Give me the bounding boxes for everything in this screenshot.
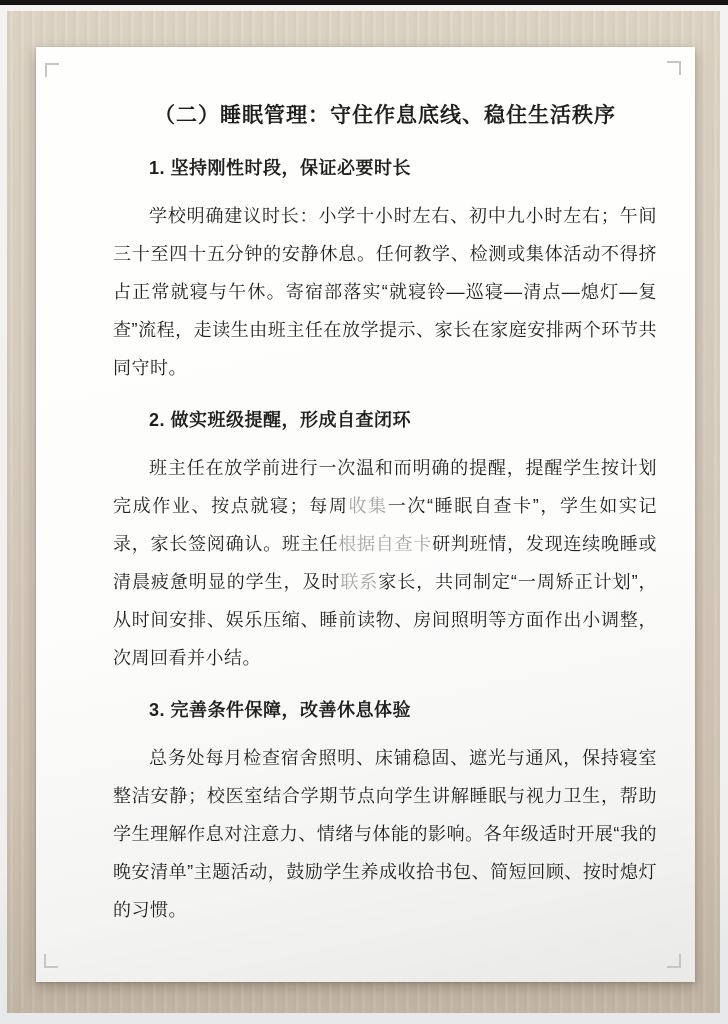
faded-text: 根据自查卡 <box>338 534 432 554</box>
crop-mark-bottom-left <box>44 954 58 968</box>
document-title: （二）睡眠管理：守住作息底线、稳住生活秩序 <box>113 97 657 135</box>
section-heading: 3. 完善条件保障，改善休息体验 <box>113 691 657 729</box>
faded-text: 联系 <box>340 572 378 592</box>
desk-background: （二）睡眠管理：守住作息底线、稳住生活秩序 1. 坚持刚性时段，保证必要时长学校… <box>7 11 720 1013</box>
crop-mark-top-left <box>45 63 59 77</box>
section: 3. 完善条件保障，改善休息体验总务处每月检查宿舍照明、床铺稳固、遮光与通风，保… <box>113 691 657 929</box>
section: 1. 坚持刚性时段，保证必要时长学校明确建议时长：小学十小时左右、初中九小时左右… <box>113 149 657 387</box>
section-heading: 2. 做实班级提醒，形成自查闭环 <box>113 401 657 439</box>
crop-mark-bottom-right <box>667 954 681 968</box>
document-sections: 1. 坚持刚性时段，保证必要时长学校明确建议时长：小学十小时左右、初中九小时左右… <box>113 149 657 929</box>
paragraph: 总务处每月检查宿舍照明、床铺稳固、遮光与通风，保持寝室整洁安静；校医室结合学期节… <box>113 739 657 929</box>
paper-page: （二）睡眠管理：守住作息底线、稳住生活秩序 1. 坚持刚性时段，保证必要时长学校… <box>36 47 695 982</box>
section-heading: 1. 坚持刚性时段，保证必要时长 <box>113 149 657 187</box>
paragraph: 学校明确建议时长：小学十小时左右、初中九小时左右；午间三十至四十五分钟的安静休息… <box>113 197 657 387</box>
crop-mark-top-right <box>667 61 681 75</box>
section: 2. 做实班级提醒，形成自查闭环班主任在放学前进行一次温和而明确的提醒，提醒学生… <box>113 401 657 677</box>
paragraph: 班主任在放学前进行一次温和而明确的提醒，提醒学生按计划完成作业、按点就寝；每周收… <box>113 449 657 677</box>
top-bar <box>0 0 728 5</box>
body-text: 总务处每月检查宿舍照明、床铺稳固、遮光与通风，保持寝室整洁安静；校医室结合学期节… <box>113 748 657 920</box>
body-text: 学校明确建议时长：小学十小时左右、初中九小时左右；午间三十至四十五分钟的安静休息… <box>113 206 657 378</box>
faded-text: 收集 <box>349 496 388 516</box>
